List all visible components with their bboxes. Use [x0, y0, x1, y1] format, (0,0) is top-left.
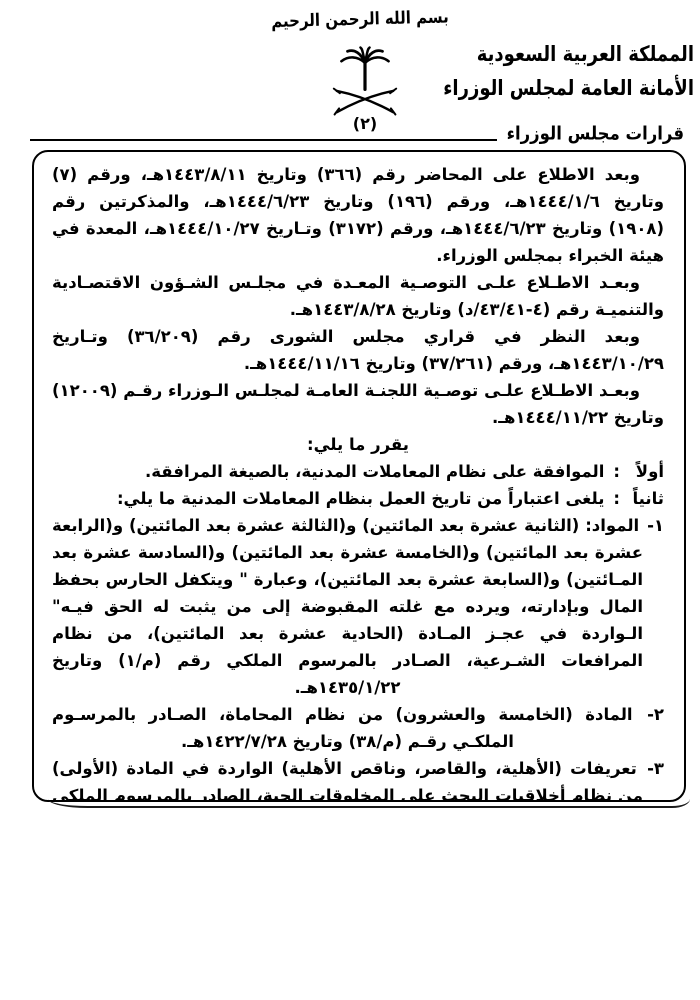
preamble-paragraph-general-committee: وبعـد الاطـلاع علـى توصـية اللجنـة العام… [52, 377, 664, 431]
repealed-item-3-number: ٣- [645, 759, 664, 778]
preamble-paragraph-shura: وبعد النظر في قراري مجلس الشورى رقم (٣٦/… [52, 323, 664, 377]
clause-second-separator: : [604, 485, 620, 512]
title-rule [30, 139, 497, 141]
box-bottom-shadow-line [48, 796, 690, 808]
clause-second-label: ثانياً [620, 485, 664, 512]
section-title-row: قرارات مجلس الوزراء [30, 124, 688, 143]
clause-second-text: يلغى اعتباراً من تاريخ العمل بنظام المعا… [52, 485, 604, 512]
repealed-item-1: ١- المواد: (الثانية عشرة بعد المائتين) و… [52, 512, 664, 701]
repealed-item-2-text: المادة (الخامسة والعشرون) من نظام المحام… [52, 705, 633, 751]
repealed-item-2-number: ٢- [645, 705, 664, 724]
resolution-intro: يقرر ما يلي: [52, 431, 664, 458]
clause-second: ثانياً : يلغى اعتباراً من تاريخ العمل بن… [52, 485, 664, 512]
clause-first-text: الموافقة على نظام المعاملات المدنية، بال… [52, 458, 604, 485]
saudi-emblem-icon [324, 46, 406, 116]
secretariat-name: الأمانة العامة لمجلس الوزراء [486, 67, 694, 112]
clause-first-label: أولاً [620, 458, 664, 485]
repealed-item-2: ٢- المادة (الخامسة والعشرون) من نظام الم… [52, 701, 664, 755]
repealed-item-3: ٣- تعريفات (الأهلية، والقاصر، وناقص الأه… [52, 755, 664, 802]
preamble-paragraph-recommendation: وبعـد الاطـلاع علـى التوصـية المعـدة في … [52, 269, 664, 323]
clause-first-separator: : [604, 458, 620, 485]
document-page: بسم الله الرحمن الرحيم المملكة العربية ا… [0, 0, 700, 1000]
preamble-paragraph-minutes: وبعد الاطلاع على المحاضر رقم (٣٦٦) وتاري… [52, 161, 664, 269]
letterhead: المملكة العربية السعودية الأمانة العامة … [486, 40, 694, 108]
section-title: قرارات مجلس الوزراء [497, 123, 688, 144]
repealed-item-1-number: ١- [645, 516, 664, 535]
bismillah-calligraphy: بسم الله الرحمن الرحيم [250, 6, 470, 32]
decree-box: وبعد الاطلاع على المحاضر رقم (٣٦٦) وتاري… [32, 150, 686, 802]
clause-first: أولاً : الموافقة على نظام المعاملات المد… [52, 458, 664, 485]
repealed-item-1-text: المواد: (الثانية عشرة بعد المائتين) و(ال… [52, 516, 643, 697]
